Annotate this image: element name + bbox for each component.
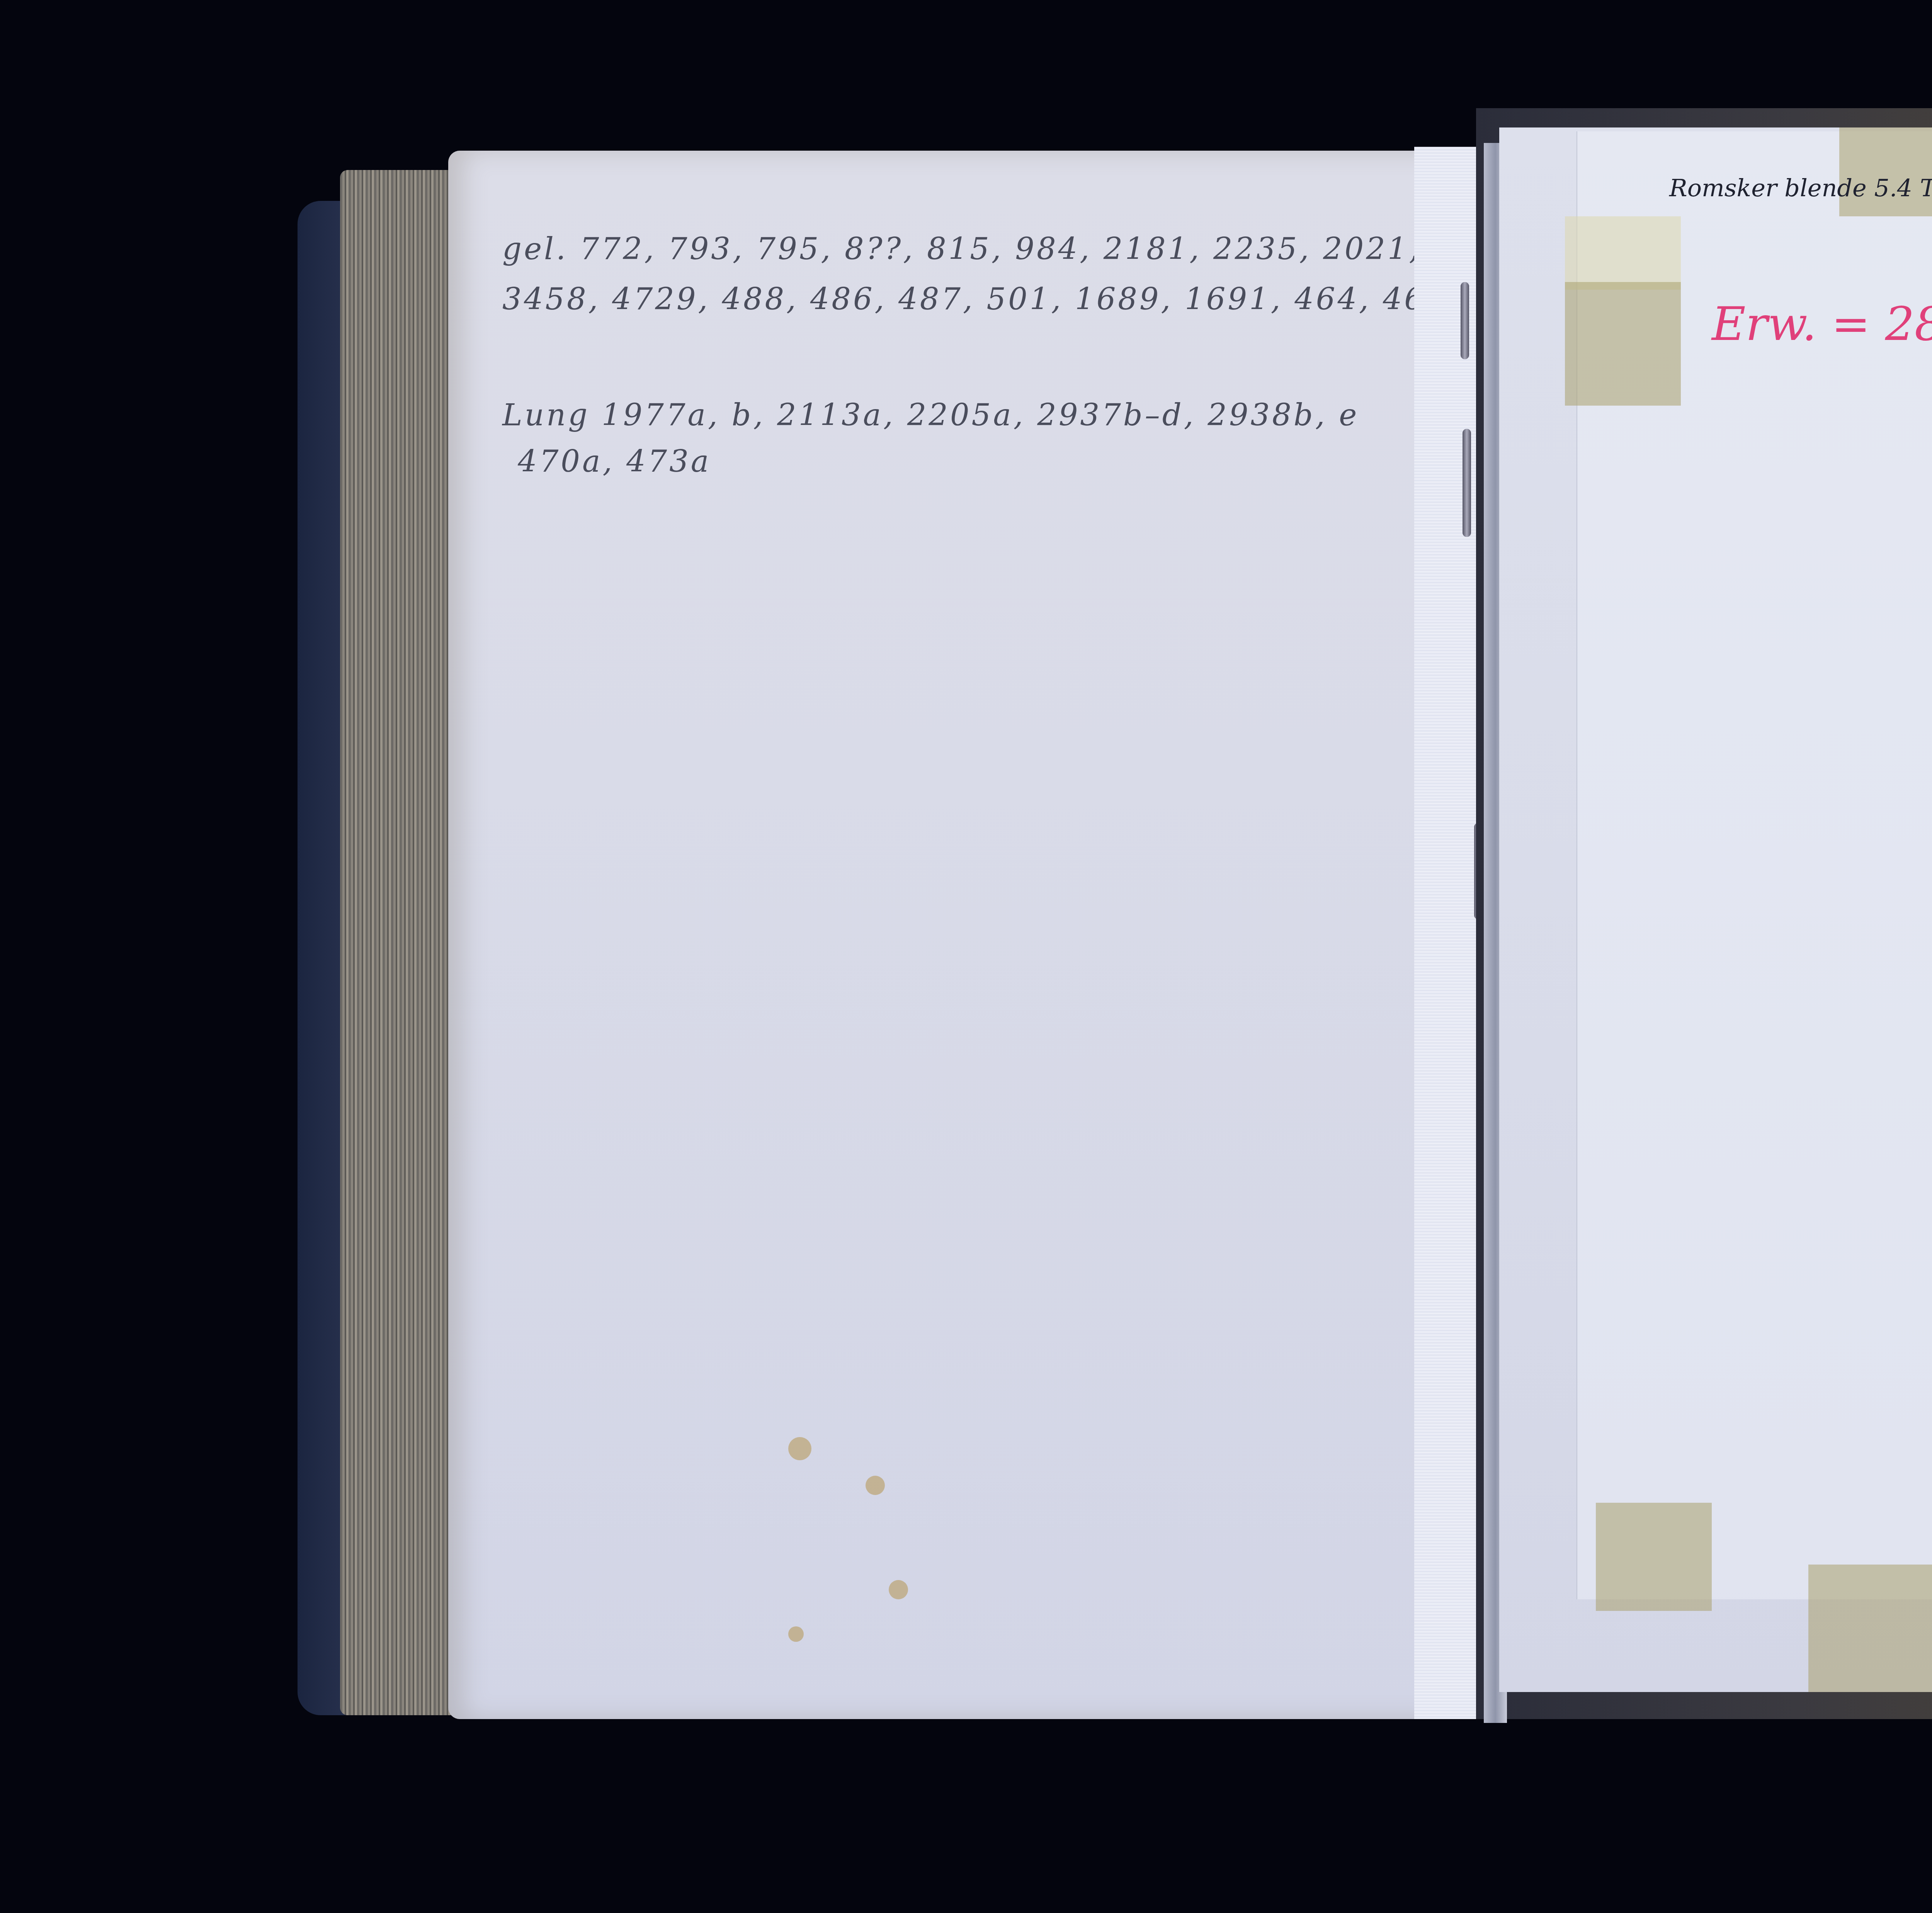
note-line-3: Lung 1977a, b, 2113a, 2205a, 2937b–d, 29… <box>502 398 1359 433</box>
staple <box>1461 282 1469 359</box>
note-text: 1977a, b, 2113a, 2205a, 2937b–d, 2938b, … <box>602 398 1359 433</box>
staple <box>1463 429 1471 537</box>
stain <box>889 1580 908 1599</box>
stain <box>788 1437 811 1460</box>
note-text: 3458, 4729, 488, 486, 487, 501, 1689, 16… <box>502 282 1447 317</box>
stain <box>788 1626 804 1642</box>
tape-piece <box>1808 1565 1932 1692</box>
note-text: 772, 793, 795, 8??, 815, 984, 2181, 2235… <box>580 232 1421 267</box>
tape-piece <box>1839 127 1932 216</box>
tape-piece <box>1565 282 1681 406</box>
stain <box>866 1476 885 1495</box>
ink-annotation: Romsker blende 5.4 Triebwerk 3 17/20 <box>1669 174 1932 202</box>
tape-piece <box>1596 1503 1712 1611</box>
left-endpaper: gel. 772, 793, 795, 8??, 815, 984, 2181,… <box>448 151 1453 1719</box>
back-pastedown: Romsker blende 5.4 Triebwerk 3 17/20 Erw… <box>1499 127 1932 1692</box>
note-label: gel. <box>502 232 568 267</box>
red-crayon-annotation: Erw. = 2858 <box>1712 297 1932 351</box>
note-text: 470a, 473a <box>518 444 711 479</box>
note-line-1: gel. 772, 793, 795, 8??, 815, 984, 2181,… <box>502 232 1421 267</box>
note-line-2: 3458, 4729, 488, 486, 487, 501, 1689, 16… <box>502 282 1447 317</box>
note-line-4: 470a, 473a <box>518 444 711 479</box>
note-label: Lung <box>502 398 590 433</box>
tape-piece <box>1565 216 1681 290</box>
